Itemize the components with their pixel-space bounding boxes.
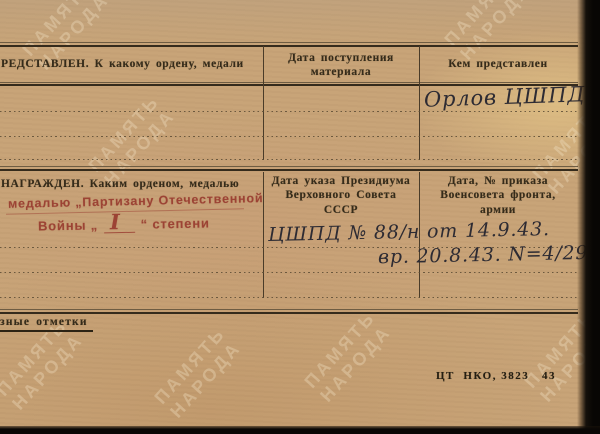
stamp-degree-suffix: “ степени (141, 216, 210, 232)
dotted-writing-line (0, 159, 578, 160)
column-divider (419, 46, 420, 160)
table-top-rule (0, 45, 578, 47)
archive-watermark: ПАМЯТЬНАРОДА (300, 307, 395, 406)
table-top-rule (0, 42, 578, 43)
column-divider (263, 46, 264, 160)
submitted-date-column-header: Дата поступления материала (266, 51, 416, 80)
submitted-by-whom-column-header: Кем представлен (421, 57, 575, 71)
stamp-degree-prefix: Войны „ (38, 217, 98, 233)
scan-edge-right (577, 0, 600, 434)
form-print-code: ЦТ НКО, 3823 43 (436, 370, 556, 382)
misc-notes-label: зные отметки (0, 315, 88, 329)
awarded-award-column-header: НАГРАЖДЕН. Каким орденом, медалью (1, 177, 261, 191)
dotted-writing-line (0, 297, 578, 298)
archive-watermark: ПАМЯТЬНАРОДА (440, 0, 535, 64)
archive-watermark: ПАМЯТЬНАРОДА (150, 323, 245, 422)
submitted-award-column-header: РЕДСТАВЛЕН. К какому ордену, медали (1, 57, 259, 71)
award-card-scan: ПАМЯТЬНАРОДА ПАМЯТЬНАРОДА ПАМЯТЬНАРОДА П… (0, 0, 600, 434)
section-separator-rule (0, 312, 578, 314)
awarded-decree-column-header: Дата указа Президиума Верховного Совета … (266, 174, 416, 217)
column-divider (263, 172, 264, 298)
misc-notes-underline (0, 330, 93, 332)
handwritten-order-line2: вр. 20.8.43. N=4/29. (378, 242, 596, 269)
dotted-writing-line (0, 111, 578, 112)
awarded-order-column-header: Дата, № приказа Военсовета фронта, армии (421, 174, 575, 217)
award-stamp-line2: Войны „ I “ степени (38, 212, 210, 235)
handwritten-submitted-by: Орлов ЦШПД (424, 82, 586, 112)
section-separator-rule (0, 309, 578, 310)
header-rule (0, 82, 578, 83)
scan-edge-bottom (0, 426, 600, 434)
dotted-writing-line (0, 272, 578, 273)
section-separator-rule (0, 169, 578, 171)
archive-watermark: ПАМЯТЬНАРОДА (84, 91, 179, 190)
dotted-writing-line (0, 136, 578, 137)
handwritten-order-line1: ЦШПД № 88/н от 14.9.43. (268, 218, 550, 246)
section-separator-rule (0, 166, 578, 167)
stamp-degree-value: I (104, 213, 135, 233)
